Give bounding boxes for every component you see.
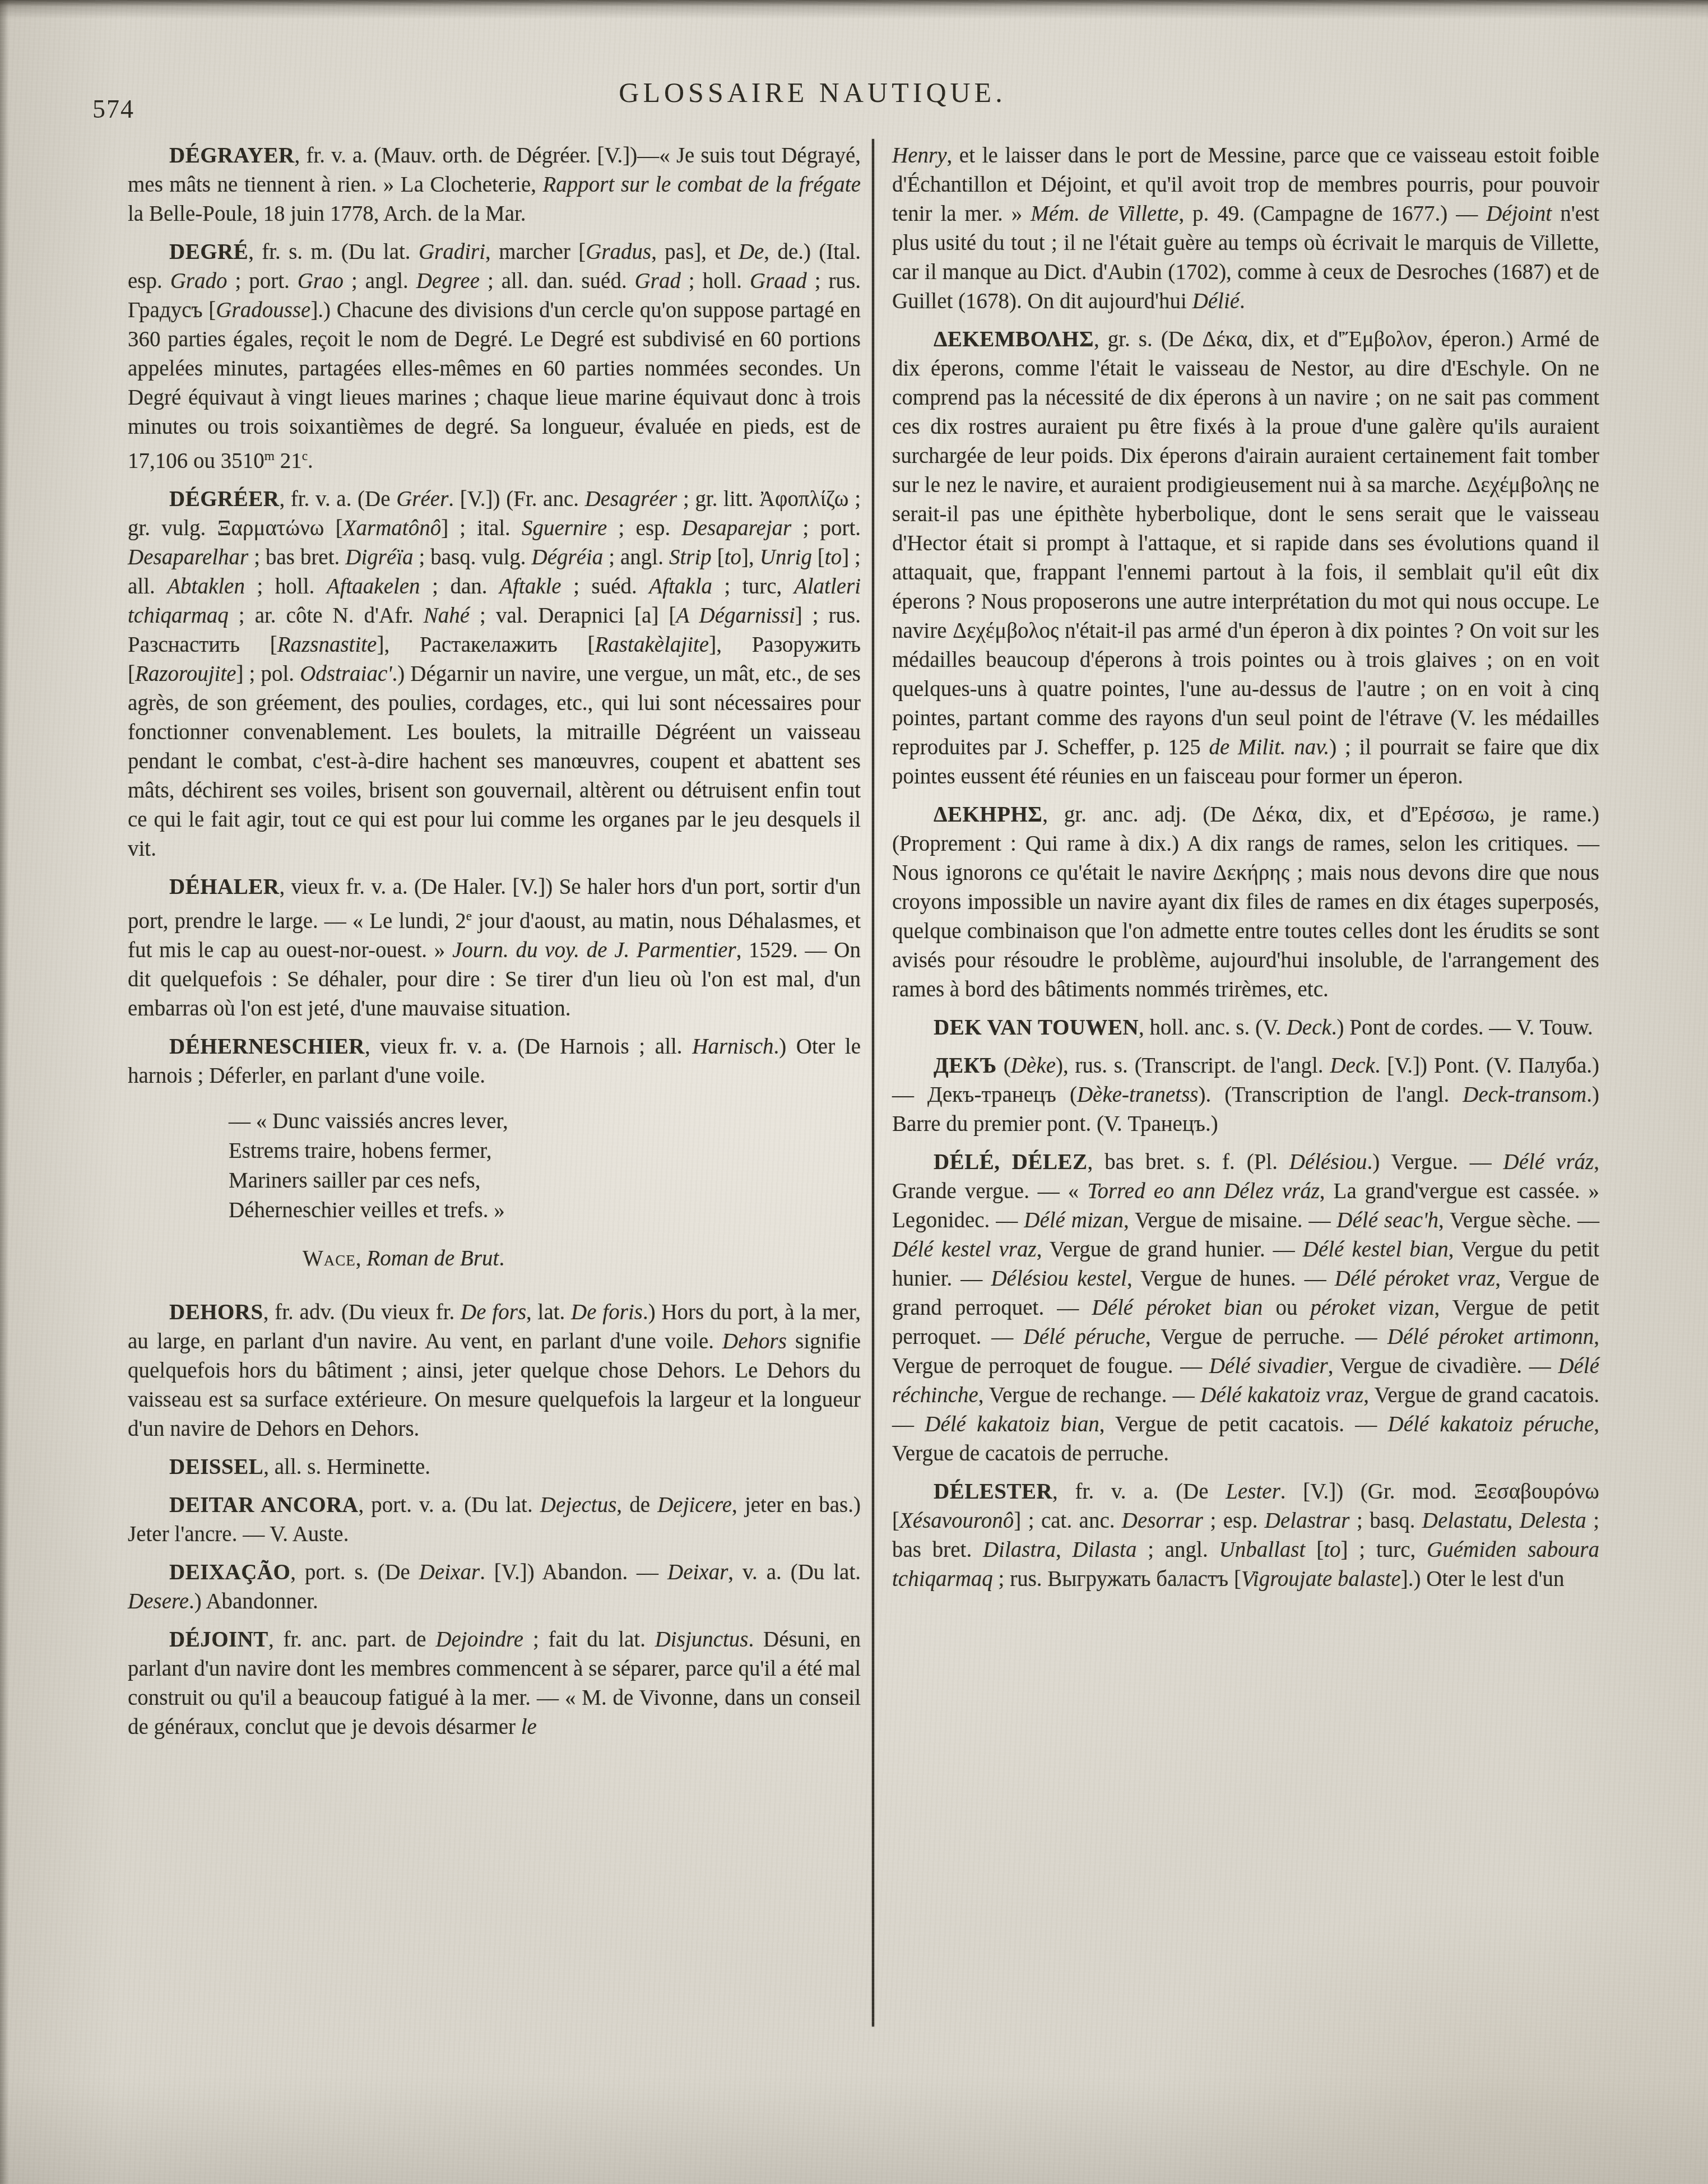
- entry-dek-russe: ДЕКЪ (Dèke), rus. s. (Transcript. de l'a…: [892, 1051, 1599, 1139]
- entry-deitar-ancora: DEITAR ANCORA, port. v. a. (Du lat. Deje…: [128, 1491, 861, 1549]
- column-divider-rule: [872, 139, 874, 2027]
- entry-degre: DEGRÉ, fr. s. m. (Du lat. Gradiri, march…: [128, 238, 861, 476]
- entry-deixacao: DEIXAÇÃO, port. s. (De Deixar. [V.]) Aba…: [128, 1558, 861, 1616]
- scanned-book-page: 574 GLOSSAIRE NAUTIQUE. DÉGRAYER, fr. v.…: [0, 0, 1708, 2184]
- right-column: Henry, et le laisser dans le port de Mes…: [892, 141, 1599, 1603]
- entry-dekembolis: ΔΕΚΕΜΒΟΛΗΣ, gr. s. (De Δέκα, dix, et d'Ἔ…: [892, 325, 1599, 791]
- entry-dejoint-continuation: Henry, et le laisser dans le port de Mes…: [892, 141, 1599, 316]
- entry-dejoint: DÉJOINT, fr. anc. part. de Dejoindre ; f…: [128, 1625, 861, 1742]
- entry-delester: DÉLESTER, fr. v. a. (De Lester. [V.]) (G…: [892, 1477, 1599, 1594]
- verse-quote: — « Dunc vaissiés ancres lever,Estrems t…: [229, 1106, 861, 1225]
- entry-dek-van-touwen: DEK VAN TOUWEN, holl. anc. s. (V. Deck.)…: [892, 1013, 1599, 1042]
- entry-deissel: DEISSEL, all. s. Herminette.: [128, 1453, 861, 1482]
- entry-dele-delez: DÉLÉ, DÉLEZ, bas bret. s. f. (Pl. Délési…: [892, 1148, 1599, 1468]
- left-column: DÉGRAYER, fr. v. a. (Mauv. orth. de Dégr…: [128, 141, 861, 1751]
- entry-dekiris: ΔΕΚΗΡΗΣ, gr. anc. adj. (De Δέκα, dix, et…: [892, 800, 1599, 1004]
- running-title: GLOSSAIRE NAUTIQUE.: [0, 76, 1625, 109]
- verse-attribution: Wace, Roman de Brut.: [303, 1244, 861, 1273]
- entry-degrayer: DÉGRAYER, fr. v. a. (Mauv. orth. de Dégr…: [128, 141, 861, 229]
- entry-dehors: DEHORS, fr. adv. (Du vieux fr. De fors, …: [128, 1298, 861, 1444]
- entry-degreer: DÉGRÉER, fr. v. a. (De Gréer. [V.]) (Fr.…: [128, 485, 861, 864]
- entry-dehaler: DÉHALER, vieux fr. v. a. (De Haler. [V.]…: [128, 873, 861, 1023]
- entry-deherneschier: DÉHERNESCHIER, vieux fr. v. a. (De Harno…: [128, 1032, 861, 1091]
